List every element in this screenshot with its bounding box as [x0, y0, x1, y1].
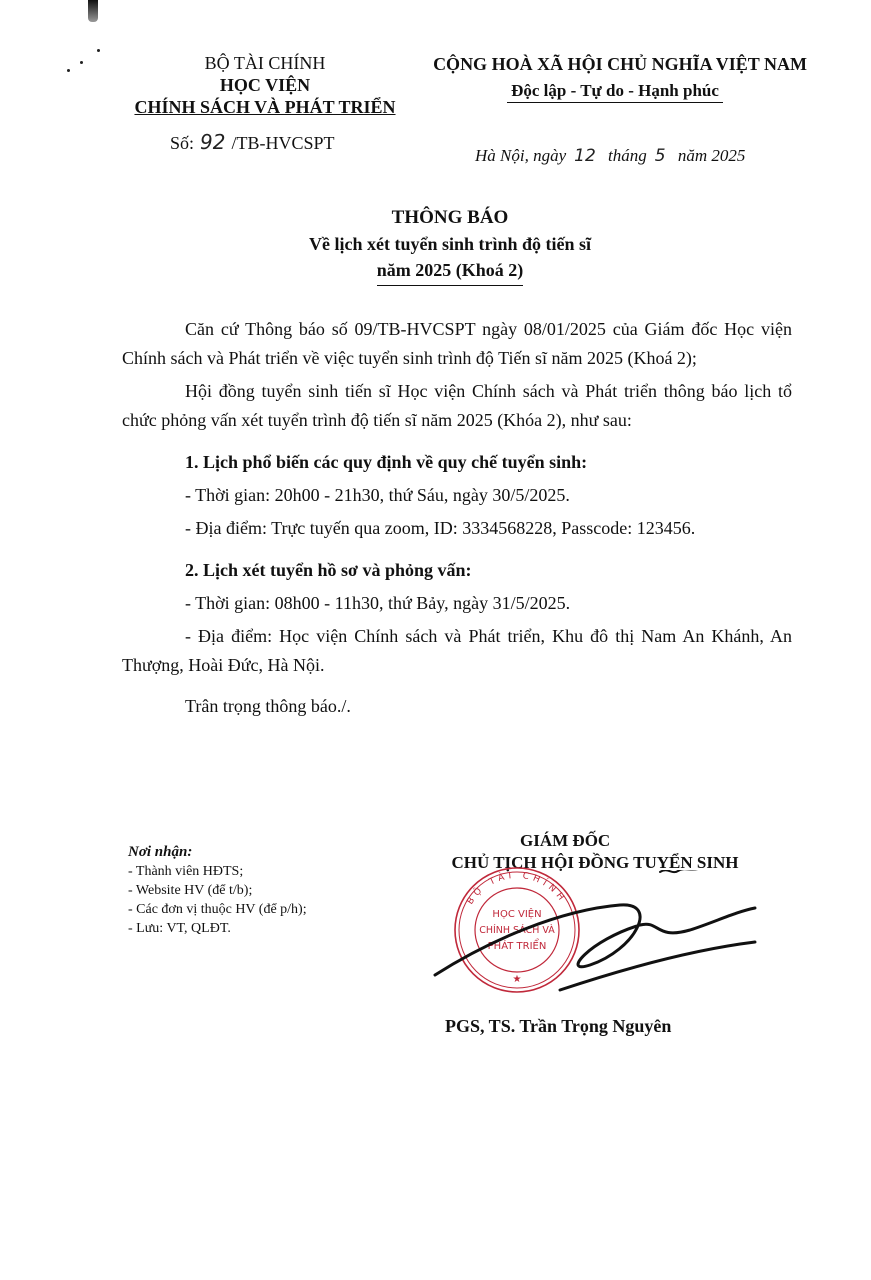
announcement-paragraph: Hội đồng tuyển sinh tiến sĩ Học viện Chí… — [122, 377, 792, 435]
title-line2: Về lịch xét tuyển sinh trình độ tiến sĩ — [230, 231, 670, 257]
issuing-agency-header: BỘ TÀI CHÍNH HỌC VIỆN CHÍNH SÁCH VÀ PHÁT… — [110, 52, 420, 118]
section1-heading: 1. Lịch phổ biến các quy định về quy chế… — [122, 448, 792, 477]
recipient-item: - Thành viên HĐTS; — [128, 862, 307, 881]
section2-time: - Thời gian: 08h00 - 11h30, thứ Bảy, ngà… — [122, 589, 792, 618]
handwritten-signature-icon — [430, 870, 760, 1010]
closing-line: Trân trọng thông báo./. — [122, 692, 792, 721]
national-header: CỘNG HOÀ XÃ HỘI CHỦ NGHĨA VIỆT NAM Độc l… — [410, 54, 830, 103]
scan-artifact-mark — [88, 0, 98, 22]
section2-place: - Địa điểm: Học viện Chính sách và Phát … — [122, 622, 792, 680]
ministry-name: BỘ TÀI CHÍNH — [110, 52, 420, 74]
document-number: Số:92/TB-HVCSPT — [170, 130, 335, 154]
section1-time: - Thời gian: 20h00 - 21h30, thứ Sáu, ngà… — [122, 481, 792, 510]
academy-name-line1: HỌC VIỆN — [110, 74, 420, 96]
scan-artifact-dot — [67, 69, 70, 72]
recipient-item: - Website HV (để t/b); — [128, 881, 307, 900]
handwritten-number: 92 — [200, 130, 225, 154]
signer-position-director: GIÁM ĐỐC — [410, 830, 780, 852]
document-body: Căn cứ Thông báo số 09/TB-HVCSPT ngày 08… — [122, 315, 792, 721]
handwritten-day: 12 — [574, 146, 596, 166]
title-line3: năm 2025 (Khoá 2) — [377, 257, 524, 286]
scan-artifact-dot — [97, 49, 100, 52]
date-line: Hà Nội, ngày12 tháng5 năm 2025 — [475, 146, 745, 166]
section1-place: - Địa điểm: Trực tuyến qua zoom, ID: 333… — [122, 514, 792, 543]
recipient-item: - Lưu: VT, QLĐT. — [128, 919, 307, 938]
handwritten-month: 5 — [655, 146, 666, 166]
recipients-label: Nơi nhận: — [128, 843, 307, 862]
section2-heading: 2. Lịch xét tuyển hồ sơ và phỏng vấn: — [122, 556, 792, 585]
signer-name: PGS, TS. Trần Trọng Nguyên — [445, 1016, 671, 1037]
title-line1: THÔNG BÁO — [230, 205, 670, 231]
academy-name-line2: CHÍNH SÁCH VÀ PHÁT TRIỂN — [110, 96, 420, 118]
basis-paragraph: Căn cứ Thông báo số 09/TB-HVCSPT ngày 08… — [122, 315, 792, 373]
recipient-item: - Các đơn vị thuộc HV (để p/h); — [128, 900, 307, 919]
recipients-block: Nơi nhận: - Thành viên HĐTS; - Website H… — [128, 843, 307, 938]
national-motto: Độc lập - Tự do - Hạnh phúc — [507, 81, 723, 103]
document-title: THÔNG BÁO Về lịch xét tuyển sinh trình đ… — [230, 205, 670, 286]
scan-artifact-dot — [80, 61, 83, 64]
nation-name: CỘNG HOÀ XÃ HỘI CHỦ NGHĨA VIỆT NAM — [410, 54, 830, 75]
